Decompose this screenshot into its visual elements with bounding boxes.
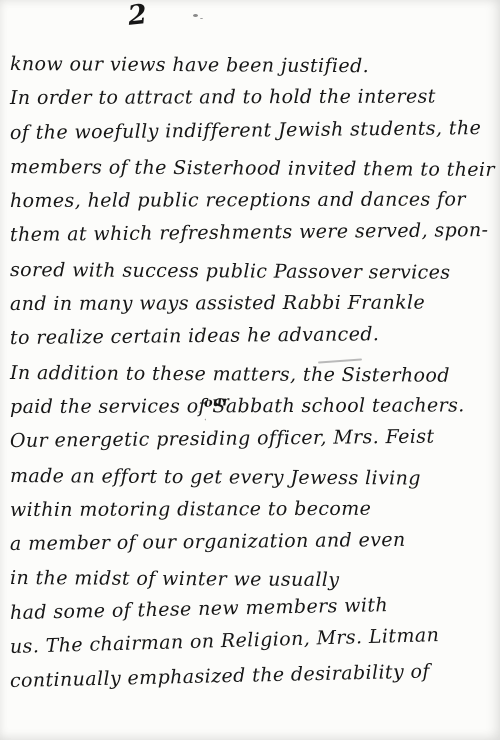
text-line: In order to attract and to hold the inte…: [10, 80, 496, 116]
text-line: to realize certain ideas he advanced.: [10, 316, 496, 355]
text-line: a member of our organization and even: [10, 522, 496, 561]
inserted-word: our: [204, 394, 230, 411]
text-line: Our energetic presiding officer, Mrs. Fe…: [10, 419, 496, 458]
inserted-word-text: our: [204, 394, 230, 411]
handwritten-text: know our views have been justified. In o…: [10, 47, 496, 699]
text-line: sored with success public Passover servi…: [10, 253, 496, 290]
text-line: them at which refreshments were served, …: [10, 213, 496, 252]
scan-speckle: [193, 14, 198, 17]
text-line: of the woefully indifferent Jewish stude…: [10, 111, 496, 150]
text-line: In addition to these matters, the Sister…: [10, 356, 496, 393]
text-line: made an effort to get every Jewess livin…: [10, 459, 496, 496]
page-number: 2: [126, 0, 148, 32]
manuscript-page: 2 know our views have been justified. In…: [0, 0, 500, 740]
